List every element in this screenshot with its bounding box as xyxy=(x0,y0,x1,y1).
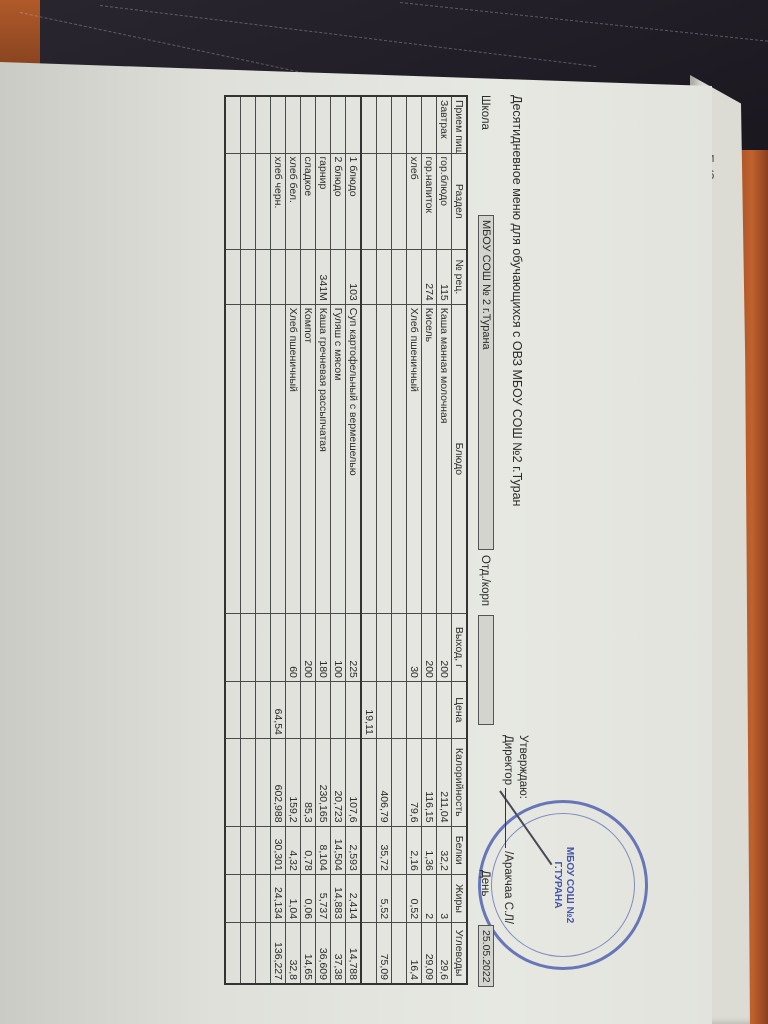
table-cell xyxy=(225,304,241,613)
table-cell: гор.блюдо xyxy=(437,153,452,249)
day-label: День xyxy=(479,870,491,897)
table-cell: 180 xyxy=(316,613,331,681)
table-cell: 32,8 xyxy=(286,923,301,984)
school-field: МБОУ СОШ № 2 г.Турана xyxy=(478,215,494,550)
table-cell xyxy=(361,738,377,826)
table-cell xyxy=(437,681,452,738)
table-cell: 1,36 xyxy=(422,826,437,874)
table-cell: 225 xyxy=(346,613,362,681)
table-cell: хлеб xyxy=(407,153,422,249)
table-cell: 0,52 xyxy=(407,874,422,922)
table-cell xyxy=(377,249,392,304)
table-cell: 35,72 xyxy=(377,826,392,874)
table-cell xyxy=(241,96,256,153)
table-cell xyxy=(225,826,241,874)
table-cell xyxy=(392,738,407,826)
table-cell: 32,2 xyxy=(437,826,452,874)
table-cell xyxy=(392,613,407,681)
table-cell: Завтрак xyxy=(437,96,452,153)
table-cell: Каша манная молочная xyxy=(437,304,452,613)
table-cell: 30 xyxy=(407,613,422,681)
table-cell: 20,723 xyxy=(331,738,346,826)
table-header-row: Прием пищиРаздел№ рец.БлюдоВыход, гЦенаК… xyxy=(452,96,468,984)
table-cell: 19,11 xyxy=(361,681,377,738)
table-cell: гарнир xyxy=(316,153,331,249)
table-cell xyxy=(225,738,241,826)
table-cell: 230,165 xyxy=(316,738,331,826)
table-cell: 211,04 xyxy=(437,738,452,826)
table-cell: 200 xyxy=(422,613,437,681)
column-header: Раздел xyxy=(452,153,468,249)
table-cell xyxy=(361,874,377,922)
table-cell xyxy=(256,249,271,304)
table-cell: 2,414 xyxy=(346,874,362,922)
table-cell: 2,16 xyxy=(407,826,422,874)
table-row: гарнир341МКаша гречневая рассыпчатая1802… xyxy=(316,96,331,984)
table-cell xyxy=(361,826,377,874)
table-cell xyxy=(392,304,407,613)
table-cell: 0,06 xyxy=(301,874,316,922)
table-cell: 37,38 xyxy=(331,923,346,984)
table-cell xyxy=(225,874,241,922)
table-cell xyxy=(392,249,407,304)
director-label: Директор xyxy=(502,735,514,785)
table-row: Завтракгор.блюдо115Каша манная молочная2… xyxy=(437,96,452,984)
table-cell xyxy=(407,681,422,738)
table-cell: хлеб черн. xyxy=(271,153,286,249)
table-cell: хлеб бел. xyxy=(286,153,301,249)
table-cell: 30,301 xyxy=(271,826,286,874)
table-cell xyxy=(301,249,316,304)
column-header: № рец. xyxy=(452,249,468,304)
table-cell xyxy=(422,96,437,153)
table-cell: 0,78 xyxy=(301,826,316,874)
table-cell: 2 xyxy=(422,874,437,922)
table-cell: 602,988 xyxy=(271,738,286,826)
table-cell xyxy=(286,681,301,738)
table-cell: 24,134 xyxy=(271,874,286,922)
table-cell: 103 xyxy=(346,249,362,304)
table-cell xyxy=(346,681,362,738)
department-label: Отд./корп xyxy=(479,555,491,606)
table-cell xyxy=(225,249,241,304)
department-field xyxy=(478,615,494,725)
table-cell xyxy=(301,681,316,738)
table-cell: 16,4 xyxy=(407,923,422,984)
header-fields: Школа МБОУ СОШ № 2 г.Турана Отд./корп Де… xyxy=(474,95,494,995)
table-cell xyxy=(316,96,331,153)
table-cell: 274 xyxy=(422,249,437,304)
table-cell: 1 блюдо xyxy=(346,153,362,249)
table-cell xyxy=(256,738,271,826)
table-cell xyxy=(377,613,392,681)
table-cell xyxy=(361,249,377,304)
table-cell xyxy=(241,738,256,826)
table-cell xyxy=(241,681,256,738)
table-body: Завтракгор.блюдо115Каша манная молочная2… xyxy=(225,96,452,984)
table-row: хлеб бел.Хлеб пшеничный60159,24,321,0432… xyxy=(286,96,301,984)
table-cell: 159,2 xyxy=(286,738,301,826)
table-cell xyxy=(422,681,437,738)
table-cell: 36,609 xyxy=(316,923,331,984)
table-cell xyxy=(241,874,256,922)
table-cell: 14,788 xyxy=(346,923,362,984)
column-header: Углеводы xyxy=(452,923,468,984)
table-cell: 5,52 xyxy=(377,874,392,922)
table-cell: гор.напиток xyxy=(422,153,437,249)
table-cell: 75,09 xyxy=(377,923,392,984)
table-row: сладкоеКомпот20085,30,780,0614,65 xyxy=(301,96,316,984)
table-cell: 406,79 xyxy=(377,738,392,826)
column-header: Белки xyxy=(452,826,468,874)
column-header: Блюдо xyxy=(452,304,468,613)
menu-document: Десятидневное меню для обучающихся с ОВЗ… xyxy=(190,95,530,995)
table-cell xyxy=(256,304,271,613)
table-cell: 341М xyxy=(316,249,331,304)
table-cell: Суп картофельный с вермешелью xyxy=(346,304,362,613)
table-row xyxy=(392,96,407,984)
table-cell xyxy=(331,249,346,304)
table-cell: 14,65 xyxy=(301,923,316,984)
table-cell xyxy=(392,923,407,984)
table-cell: 14,504 xyxy=(331,826,346,874)
table-cell: 1,04 xyxy=(286,874,301,922)
table-cell xyxy=(407,96,422,153)
table-cell xyxy=(301,96,316,153)
table-cell xyxy=(256,874,271,922)
table-cell: 29,09 xyxy=(422,923,437,984)
table-cell: Гуляш с мясом xyxy=(331,304,346,613)
table-cell xyxy=(392,826,407,874)
table-cell xyxy=(361,96,377,153)
table-cell: Компот xyxy=(301,304,316,613)
fabric-stitch xyxy=(400,2,768,42)
table-cell: 200 xyxy=(301,613,316,681)
table-row: 406,7935,725,5275,09 xyxy=(377,96,392,984)
table-cell: 3 xyxy=(437,874,452,922)
table-cell xyxy=(407,249,422,304)
table-cell xyxy=(286,249,301,304)
table-cell: 107,6 xyxy=(346,738,362,826)
table-cell xyxy=(225,96,241,153)
table-cell: 79,6 xyxy=(407,738,422,826)
table-cell xyxy=(361,613,377,681)
school-label: Школа xyxy=(479,95,491,130)
table-row xyxy=(225,96,241,984)
table-cell xyxy=(241,304,256,613)
approval-block: Утверждаю: Директор/Аракчаа С.Л/ xyxy=(500,735,530,924)
table-row: гор.напиток274Кисель200116,151,36229,09 xyxy=(422,96,437,984)
table-cell: 136,227 xyxy=(271,923,286,984)
director-name: /Аракчаа С.Л/ xyxy=(502,851,514,924)
table-cell xyxy=(256,681,271,738)
table-cell xyxy=(346,96,362,153)
table-cell xyxy=(256,96,271,153)
table-cell xyxy=(241,249,256,304)
table-cell: 2,593 xyxy=(346,826,362,874)
table-cell xyxy=(392,153,407,249)
table-cell xyxy=(241,923,256,984)
menu-table: Прием пищиРаздел№ рец.БлюдоВыход, гЦенаК… xyxy=(224,95,468,985)
table-cell: Каша гречневая рассыпчатая xyxy=(316,304,331,613)
table-cell: 85,3 xyxy=(301,738,316,826)
table-cell xyxy=(256,153,271,249)
table-row: 19,11 xyxy=(361,96,377,984)
table-cell: 115 xyxy=(437,249,452,304)
table-cell xyxy=(392,681,407,738)
table-cell xyxy=(241,826,256,874)
table-cell: Хлеб пшеничный xyxy=(286,304,301,613)
table-cell: сладкое xyxy=(301,153,316,249)
column-header: Калорийность xyxy=(452,738,468,826)
table-cell: 200 xyxy=(437,613,452,681)
table-row xyxy=(256,96,271,984)
table-cell: 8,104 xyxy=(316,826,331,874)
document-title: Десятидневное меню для обучающихся с ОВЗ… xyxy=(510,95,524,506)
table-cell xyxy=(377,96,392,153)
table-cell xyxy=(256,923,271,984)
table-cell: 2 блюдо xyxy=(331,153,346,249)
table-cell xyxy=(225,923,241,984)
signature-line xyxy=(505,788,506,848)
table-cell xyxy=(316,681,331,738)
table-cell xyxy=(392,874,407,922)
director-line: Директор/Аракчаа С.Л/ xyxy=(500,735,515,924)
column-header: Прием пищи xyxy=(452,96,468,153)
table-row: хлебХлеб пшеничный3079,62,160,5216,4 xyxy=(407,96,422,984)
table-cell xyxy=(377,304,392,613)
table-cell: 116,15 xyxy=(422,738,437,826)
table-cell xyxy=(271,249,286,304)
table-cell xyxy=(271,613,286,681)
table-cell xyxy=(361,923,377,984)
table-cell xyxy=(361,153,377,249)
table-cell xyxy=(361,304,377,613)
table-cell xyxy=(331,681,346,738)
table-row xyxy=(241,96,256,984)
table-cell xyxy=(331,96,346,153)
table-cell: 64,54 xyxy=(271,681,286,738)
table-cell xyxy=(377,153,392,249)
table-row: 2 блюдоГуляш с мясом10020,72314,50414,88… xyxy=(331,96,346,984)
stamp-center-text: МБОУ СОШ №2 Г.ТУРАНА xyxy=(551,847,575,923)
table-cell xyxy=(286,96,301,153)
table-cell: Кисель xyxy=(422,304,437,613)
approve-label: Утверждаю: xyxy=(515,735,530,924)
day-field: 25.05.2022 xyxy=(478,925,494,987)
table-cell: 14,883 xyxy=(331,874,346,922)
column-header: Выход, г xyxy=(452,613,468,681)
table-cell xyxy=(256,826,271,874)
table-cell xyxy=(377,681,392,738)
table-cell xyxy=(225,681,241,738)
table-cell: 5,737 xyxy=(316,874,331,922)
table-cell xyxy=(271,96,286,153)
column-header: Жиры xyxy=(452,874,468,922)
table-cell: Хлеб пшеничный xyxy=(407,304,422,613)
table-cell xyxy=(256,613,271,681)
table-cell xyxy=(392,96,407,153)
table-cell: 29,6 xyxy=(437,923,452,984)
table-cell: 100 xyxy=(331,613,346,681)
table-row: 1 блюдо103Суп картофельный с вермешелью2… xyxy=(346,96,362,984)
table-cell: 60 xyxy=(286,613,301,681)
table-row: хлеб черн.64,54602,98830,30124,134136,22… xyxy=(271,96,286,984)
table-cell xyxy=(241,613,256,681)
table-cell xyxy=(225,153,241,249)
table-cell: 4,32 xyxy=(286,826,301,874)
table-cell xyxy=(241,153,256,249)
table-cell xyxy=(225,613,241,681)
column-header: Цена xyxy=(452,681,468,738)
table-cell xyxy=(271,304,286,613)
